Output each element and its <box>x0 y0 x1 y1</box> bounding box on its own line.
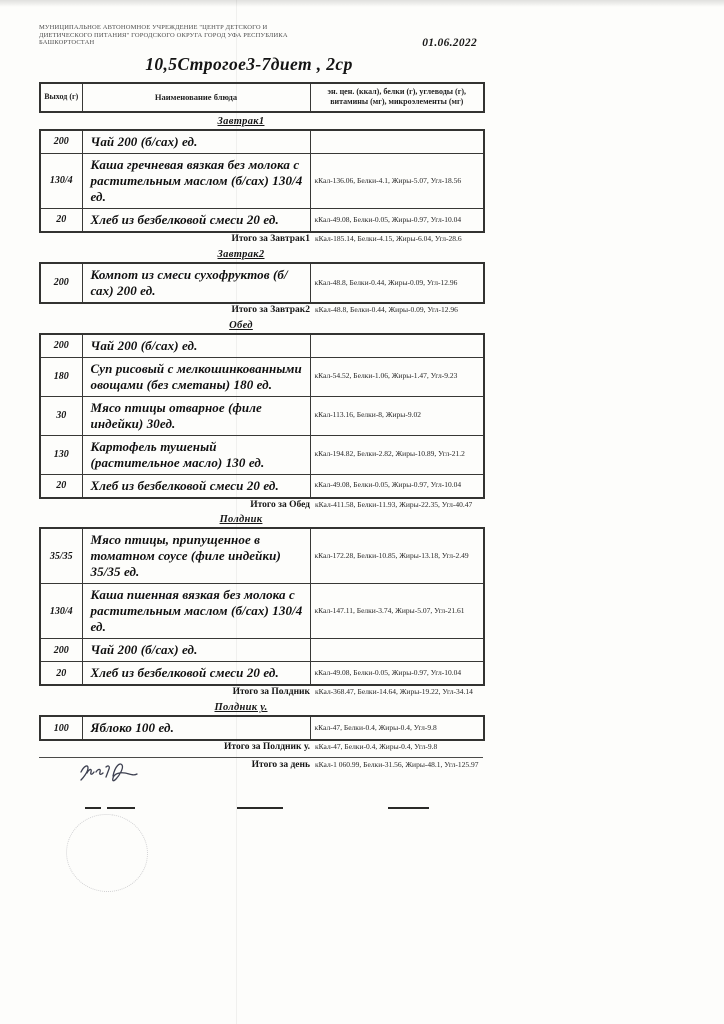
dish-name-cell: Хлеб из безбелковой смеси 20 ед. <box>82 208 310 232</box>
section-total-value: кКал-185.14, Белки-4.15, Жиры-6.04, Угл-… <box>313 234 483 244</box>
dish-row: 20 Хлеб из безбелковой смеси 20 ед. кКал… <box>40 208 484 232</box>
dish-row: 100 Яблоко 100 ед. кКал-47, Белки-0.4, Ж… <box>40 716 484 740</box>
section-total-label: Итого за Полдник у. <box>39 742 313 754</box>
section-label-poldnik: Полдник <box>39 514 443 525</box>
output-cell: 130/4 <box>40 584 82 639</box>
organization-line: БАШКОРТОСТАН <box>39 39 309 47</box>
section-total-value: кКал-411.58, Белки-11.93, Жиры-22.35, Уг… <box>313 500 483 510</box>
section-total-label: Итого за Полдник <box>39 687 313 699</box>
nutrition-cell: кКал-136.06, Белки-4.1, Жиры-5.07, Угл-1… <box>310 153 484 208</box>
dish-name-cell: Чай 200 (б/сах) ед. <box>82 639 310 662</box>
column-header-row: Выход (г) Наименование блюда эн. цен. (к… <box>40 83 484 112</box>
section-total-zavtrak2: Итого за Завтрак2 кКал-48.8, Белки-0.44,… <box>39 305 483 317</box>
output-cell: 130/4 <box>40 153 82 208</box>
output-cell: 200 <box>40 334 82 358</box>
dish-row: 130/4 Каша гречневая вязкая без молока с… <box>40 153 484 208</box>
output-cell: 35/35 <box>40 528 82 584</box>
nutrition-cell: кКал-47, Белки-0.4, Жиры-0.4, Угл-9.8 <box>310 716 484 740</box>
day-total-value: кКал-1 060.99, Белки-31.56, Жиры-48.1, У… <box>313 760 483 770</box>
dish-name-cell: Мясо птицы отварное (филе индейки) 30ед. <box>82 396 310 435</box>
output-cell: 30 <box>40 396 82 435</box>
faint-round-stamp <box>61 809 153 898</box>
day-total-divider <box>39 757 483 758</box>
signature-area <box>39 780 483 900</box>
output-cell: 130 <box>40 435 82 474</box>
output-cell: 20 <box>40 208 82 232</box>
section-label-zavtrak2: Завтрак2 <box>39 249 443 260</box>
section-table-obed: 200 Чай 200 (б/сах) ед. 180 Суп рисовый … <box>39 333 485 499</box>
dish-row: 30 Мясо птицы отварное (филе индейки) 30… <box>40 396 484 435</box>
output-cell: 200 <box>40 263 82 303</box>
section-label-poldnik-u: Полдник у. <box>39 702 443 713</box>
nutrition-cell <box>310 130 484 154</box>
section-total-obed: Итого за Обед кКал-411.58, Белки-11.93, … <box>39 500 483 512</box>
nutrition-cell: кКал-49.08, Белки-0.05, Жиры-0.97, Угл-1… <box>310 662 484 686</box>
section-total-label: Итого за Завтрак1 <box>39 234 313 246</box>
dish-row: 200 Чай 200 (б/сах) ед. <box>40 639 484 662</box>
section-total-label: Итого за Завтрак2 <box>39 305 313 317</box>
output-cell: 100 <box>40 716 82 740</box>
output-cell: 20 <box>40 474 82 498</box>
document-date: 01.06.2022 <box>422 37 477 49</box>
section-label-obed: Обед <box>39 320 443 331</box>
dish-name-cell: Чай 200 (б/сах) ед. <box>82 334 310 358</box>
dish-row: 200 Чай 200 (б/сах) ед. <box>40 130 484 154</box>
signature-line-segment <box>237 807 283 809</box>
section-total-value: кКал-47, Белки-0.4, Жиры-0.4, Угл-9.8 <box>313 742 483 752</box>
dish-name-cell: Хлеб из безбелковой смеси 20 ед. <box>82 474 310 498</box>
column-header-table: Выход (г) Наименование блюда эн. цен. (к… <box>39 82 485 113</box>
nutrition-cell: кКал-54.52, Белки-1.06, Жиры-1.47, Угл-9… <box>310 357 484 396</box>
dish-name-cell: Компот из смеси сухофруктов (б/сах) 200 … <box>82 263 310 303</box>
organization-line: ДИЕТИЧЕСКОГО ПИТАНИЯ" ГОРОДСКОГО ОКРУГА … <box>39 32 309 40</box>
section-table-poldnik: 35/35 Мясо птицы, припущенное в томатном… <box>39 527 485 686</box>
nutrition-cell: кКал-113.16, Белки-8, Жиры-9.02 <box>310 396 484 435</box>
section-table-poldnik-u: 100 Яблоко 100 ед. кКал-47, Белки-0.4, Ж… <box>39 715 485 741</box>
dish-row: 200 Компот из смеси сухофруктов (б/сах) … <box>40 263 484 303</box>
col-header-output: Выход (г) <box>40 83 82 112</box>
dish-row: 180 Суп рисовый с мелкошинкованными овощ… <box>40 357 484 396</box>
organization-name: МУНИЦИПАЛЬНОЕ АВТОНОМНОЕ УЧРЕЖДЕНИЕ "ЦЕН… <box>39 24 309 47</box>
nutrition-cell: кКал-194.82, Белки-2.82, Жиры-10.89, Угл… <box>310 435 484 474</box>
signature-line-segment <box>85 807 101 809</box>
section-total-zavtrak1: Итого за Завтрак1 кКал-185.14, Белки-4.1… <box>39 234 483 246</box>
signature-line-segment <box>388 807 429 809</box>
col-header-nutrition: эн. цен. (ккал), белки (г), углеводы (г)… <box>310 83 484 112</box>
section-total-poldnik: Итого за Полдник кКал-368.47, Белки-14.6… <box>39 687 483 699</box>
dish-row: 20 Хлеб из безбелковой смеси 20 ед. кКал… <box>40 662 484 686</box>
dish-name-cell: Суп рисовый с мелкошинкованными овощами … <box>82 357 310 396</box>
dish-name-cell: Чай 200 (б/сах) ед. <box>82 130 310 154</box>
nutrition-cell <box>310 334 484 358</box>
dish-name-cell: Мясо птицы, припущенное в томатном соусе… <box>82 528 310 584</box>
handwritten-signature <box>75 760 139 794</box>
dish-row: 20 Хлеб из безбелковой смеси 20 ед. кКал… <box>40 474 484 498</box>
output-cell: 200 <box>40 130 82 154</box>
dish-row: 35/35 Мясо птицы, припущенное в томатном… <box>40 528 484 584</box>
scanned-menu-page: МУНИЦИПАЛЬНОЕ АВТОНОМНОЕ УЧРЕЖДЕНИЕ "ЦЕН… <box>0 0 724 1024</box>
col-header-dish: Наименование блюда <box>82 83 310 112</box>
document-content: МУНИЦИПАЛЬНОЕ АВТОНОМНОЕ УЧРЕЖДЕНИЕ "ЦЕН… <box>39 24 483 900</box>
section-total-value: кКал-368.47, Белки-14.64, Жиры-19.22, Уг… <box>313 687 483 697</box>
section-table-zavtrak1: 200 Чай 200 (б/сах) ед. 130/4 Каша гречн… <box>39 129 485 233</box>
section-label-zavtrak1: Завтрак1 <box>39 116 443 127</box>
organization-line: МУНИЦИПАЛЬНОЕ АВТОНОМНОЕ УЧРЕЖДЕНИЕ "ЦЕН… <box>39 24 309 32</box>
document-header: МУНИЦИПАЛЬНОЕ АВТОНОМНОЕ УЧРЕЖДЕНИЕ "ЦЕН… <box>39 24 483 49</box>
dish-name-cell: Яблоко 100 ед. <box>82 716 310 740</box>
dish-row: 130 Картофель тушеный (растительное масл… <box>40 435 484 474</box>
dish-name-cell: Каша пшенная вязкая без молока с растите… <box>82 584 310 639</box>
dish-name-cell: Каша гречневая вязкая без молока с расти… <box>82 153 310 208</box>
section-total-poldnik-u: Итого за Полдник у. кКал-47, Белки-0.4, … <box>39 742 483 754</box>
section-total-label: Итого за Обед <box>39 500 313 512</box>
dish-name-cell: Картофель тушеный (растительное масло) 1… <box>82 435 310 474</box>
nutrition-cell: кКал-49.08, Белки-0.05, Жиры-0.97, Угл-1… <box>310 474 484 498</box>
nutrition-cell: кКал-49.08, Белки-0.05, Жиры-0.97, Угл-1… <box>310 208 484 232</box>
document-title: 10,5Строгое3-7диет , 2ср <box>39 54 459 75</box>
output-cell: 200 <box>40 639 82 662</box>
section-table-zavtrak2: 200 Компот из смеси сухофруктов (б/сах) … <box>39 262 485 304</box>
signature-line-segment <box>107 807 135 809</box>
nutrition-cell <box>310 639 484 662</box>
output-cell: 180 <box>40 357 82 396</box>
dish-name-cell: Хлеб из безбелковой смеси 20 ед. <box>82 662 310 686</box>
nutrition-cell: кКал-48.8, Белки-0.44, Жиры-0.09, Угл-12… <box>310 263 484 303</box>
section-total-value: кКал-48.8, Белки-0.44, Жиры-0.09, Угл-12… <box>313 305 483 315</box>
nutrition-cell: кКал-172.28, Белки-10.85, Жиры-13.18, Уг… <box>310 528 484 584</box>
output-cell: 20 <box>40 662 82 686</box>
nutrition-cell: кКал-147.11, Белки-3.74, Жиры-5.07, Угл-… <box>310 584 484 639</box>
dish-row: 200 Чай 200 (б/сах) ед. <box>40 334 484 358</box>
dish-row: 130/4 Каша пшенная вязкая без молока с р… <box>40 584 484 639</box>
